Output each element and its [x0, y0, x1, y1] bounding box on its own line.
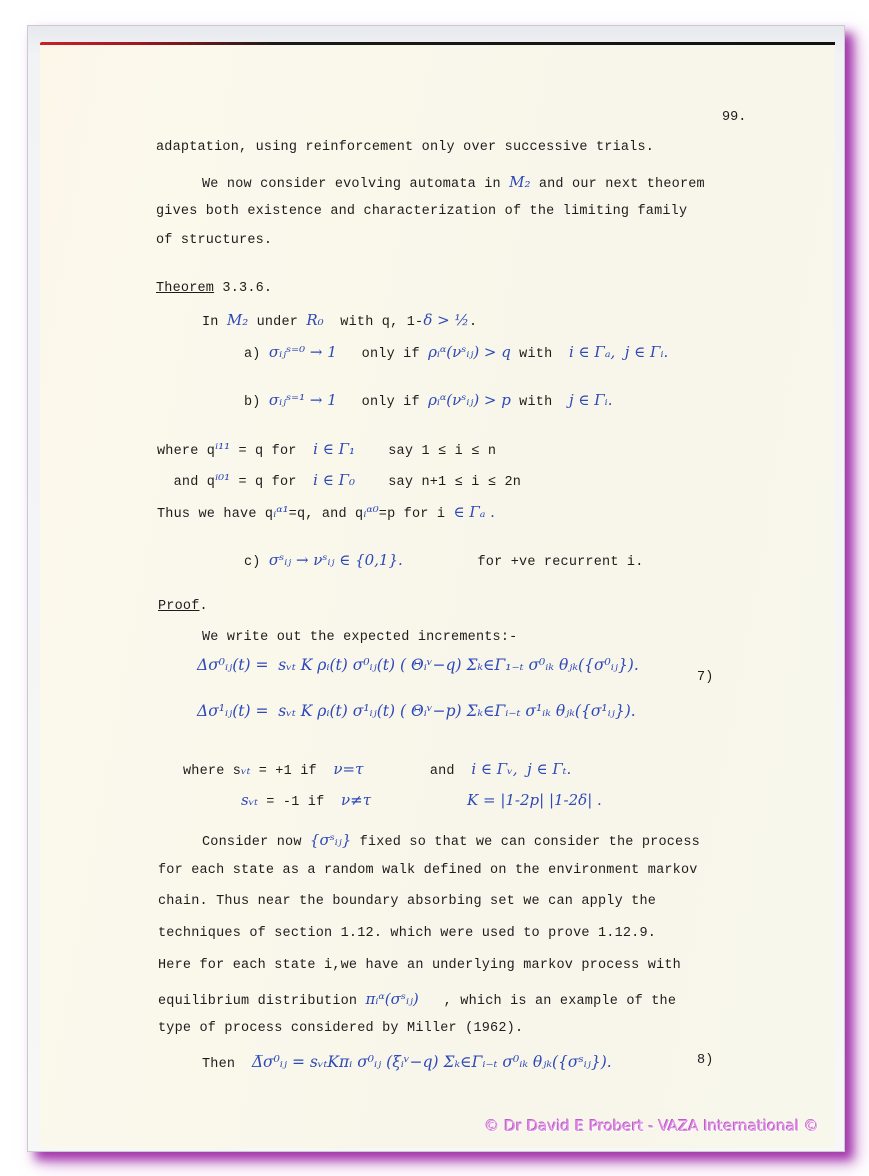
handwritten-math: M₂	[227, 311, 248, 329]
handwritten-math: ᵥₜ	[241, 760, 250, 778]
text-span: =p for i	[379, 507, 454, 522]
equation-7a: Δσ⁰ᵢⱼ(t) = sᵥₜ K ρᵢ(t) σ⁰ᵢⱼ(t) ( Θᵢᵛ−q) …	[197, 656, 639, 674]
handwritten-math: σˢᵢⱼ → νˢᵢⱼ ∈ {0,1}.	[269, 551, 403, 569]
text-span: =q, and q	[289, 507, 364, 522]
handwritten-math: ρᵢᵅ(νˢᵢⱼ) > p	[428, 391, 511, 409]
handwritten-math: ∈ Γₐ .	[454, 503, 495, 521]
text-line: Thus we have qᵢᵅ¹=q, and qᵢᵅ⁰=p for i ∈ …	[157, 503, 495, 522]
text-line: where sᵥₜ = +1 if ν=τ and i ∈ Γᵥ, j ∈ Γₜ…	[183, 760, 571, 779]
theorem-part-a: a) σᵢⱼˢ⁼⁰ → 1 only if ρᵢᵅ(νˢᵢⱼ) > q with…	[244, 343, 668, 362]
theorem-part-c: c) σˢᵢⱼ → νˢᵢⱼ ∈ {0,1}. for +ve recurren…	[244, 551, 644, 570]
text-span: only if	[337, 347, 428, 362]
text-span: = +1 if	[250, 764, 333, 779]
handwritten-math: M₂	[509, 173, 530, 191]
proof-label: Proof	[158, 599, 200, 614]
text-line: adaptation, using reinforcement only ove…	[156, 140, 654, 155]
theorem-statement: In M₂ under R₀ with q, 1-δ > ½.	[202, 311, 477, 330]
text-span: with q, 1-	[324, 315, 424, 330]
text-line: Consider now {σˢᵢⱼ} fixed so that we can…	[202, 831, 700, 850]
text-line: gives both existence and characterizatio…	[156, 204, 687, 219]
text-line: for each state as a random walk defined …	[158, 863, 698, 878]
text-span: a)	[244, 347, 269, 362]
text-line: and qⁱ⁰¹ = q for i ∈ Γ₀ say n+1 ≤ i ≤ 2n	[157, 471, 521, 490]
page-number: 99.	[722, 110, 746, 125]
handwritten-math: ν=τ	[333, 760, 363, 778]
text-line: Then Δ̅σ⁰ᵢⱼ = sᵥₜKπᵢ σ⁰ᵢⱼ (ξᵢᵛ−q) Σₖ∈Γᵢ₋…	[202, 1053, 612, 1072]
theorem-label: Theorem	[156, 281, 214, 296]
text-line: of structures.	[156, 233, 272, 248]
text-line: where qⁱ¹¹ = q for i ∈ Γ₁ say 1 ≤ i ≤ n	[157, 440, 496, 459]
text-line: techniques of section 1.12. which were u…	[158, 926, 656, 941]
text-line: We write out the expected increments:-	[202, 630, 517, 645]
handwritten-math: K = |1-2p| |1-2δ| .	[467, 791, 602, 809]
text-line: type of process considered by Miller (19…	[158, 1021, 523, 1036]
text-line: We now consider evolving automata in M₂ …	[202, 173, 705, 192]
text-span: = -1 if	[258, 795, 341, 810]
text-span: = q for	[230, 475, 313, 490]
handwritten-math: ᵢᵅ¹	[273, 503, 288, 521]
proof-heading: Proof.	[158, 599, 208, 614]
text-span: under	[248, 315, 306, 330]
copyright-watermark: © Dr David E Probert - VAZA Internationa…	[485, 1117, 820, 1135]
equation-number: 7)	[697, 670, 714, 685]
equation-8: Δ̅σ⁰ᵢⱼ = sᵥₜKπᵢ σ⁰ᵢⱼ (ξᵢᵛ−q) Σₖ∈Γᵢ₋ₜ σ⁰ᵢ…	[252, 1053, 612, 1071]
text-span: Consider now	[202, 835, 310, 850]
text-span: and	[363, 764, 471, 779]
handwritten-math: i ∈ Γ₀	[313, 471, 355, 489]
handwritten-math: {σˢᵢⱼ}	[310, 831, 351, 849]
handwritten-math: σᵢⱼˢ⁼¹ → 1	[269, 391, 337, 409]
text-span: c)	[244, 555, 269, 570]
text-span: and q	[157, 475, 215, 490]
text-line: equilibrium distribution πᵢᵅ(σˢᵢⱼ) , whi…	[158, 990, 676, 1009]
text-line: Here for each state i,we have an underly…	[158, 958, 681, 973]
text-span: , which is an example of the	[419, 994, 676, 1009]
text-span: only if	[337, 395, 428, 410]
handwritten-math: ν≠τ	[341, 791, 371, 809]
text-span: We now consider evolving automata in	[202, 177, 509, 192]
text-span: = q for	[230, 444, 313, 459]
handwritten-math: sᵥₜ	[241, 791, 258, 809]
text-span: with	[511, 347, 569, 362]
handwritten-math: ⁱ¹¹	[215, 440, 230, 458]
theorem-heading: Theorem 3.3.6.	[156, 281, 272, 296]
text-span: and our next theorem	[531, 177, 705, 192]
theorem-part-b: b) σᵢⱼˢ⁼¹ → 1 only if ρᵢᵅ(νˢᵢⱼ) > p with…	[244, 391, 612, 410]
text-span: for +ve recurrent i.	[403, 555, 644, 570]
handwritten-math: σᵢⱼˢ⁼⁰ → 1	[269, 343, 337, 361]
text-span: .	[200, 599, 208, 614]
handwritten-math: j ∈ Γᵢ.	[569, 391, 612, 409]
handwritten-math: i ∈ Γₐ, j ∈ Γᵢ.	[569, 343, 668, 361]
theorem-number: 3.3.6.	[214, 281, 272, 296]
text-span: say 1 ≤ i ≤ n	[355, 444, 496, 459]
handwritten-math: i ∈ Γᵥ, j ∈ Γₜ.	[471, 760, 571, 778]
text-span: Thus we have q	[157, 507, 273, 522]
handwritten-math: R₀	[306, 311, 323, 329]
text-span: where q	[157, 444, 215, 459]
handwritten-math: δ > ½	[423, 311, 469, 329]
text-span: Then	[202, 1057, 252, 1072]
text-line: sᵥₜ = -1 if ν≠τK = |1-2p| |1-2δ| .	[241, 791, 602, 810]
text-span: .	[469, 315, 477, 330]
text-span: where s	[183, 764, 241, 779]
handwritten-math: ⁱ⁰¹	[215, 471, 230, 489]
equation-number: 8)	[697, 1053, 714, 1068]
handwritten-math: ᵢᵅ⁰	[363, 503, 378, 521]
text-span: fixed so that we can consider the proces…	[351, 835, 700, 850]
handwritten-math: πᵢᵅ(σˢᵢⱼ)	[366, 990, 419, 1008]
text-span: with	[511, 395, 569, 410]
handwritten-math: i ∈ Γ₁	[313, 440, 355, 458]
text-span: say n+1 ≤ i ≤ 2n	[355, 475, 521, 490]
page-top-edge	[40, 42, 835, 45]
text-span: equilibrium distribution	[158, 994, 366, 1009]
text-line: chain. Thus near the boundary absorbing …	[158, 894, 656, 909]
text-span: In	[202, 315, 227, 330]
text-span: b)	[244, 395, 269, 410]
equation-7b: Δσ¹ᵢⱼ(t) = sᵥₜ K ρᵢ(t) σ¹ᵢⱼ(t) ( Θᵢᵛ−p) …	[197, 702, 636, 720]
page-frame	[27, 25, 845, 1152]
handwritten-math: ρᵢᵅ(νˢᵢⱼ) > q	[428, 343, 511, 361]
